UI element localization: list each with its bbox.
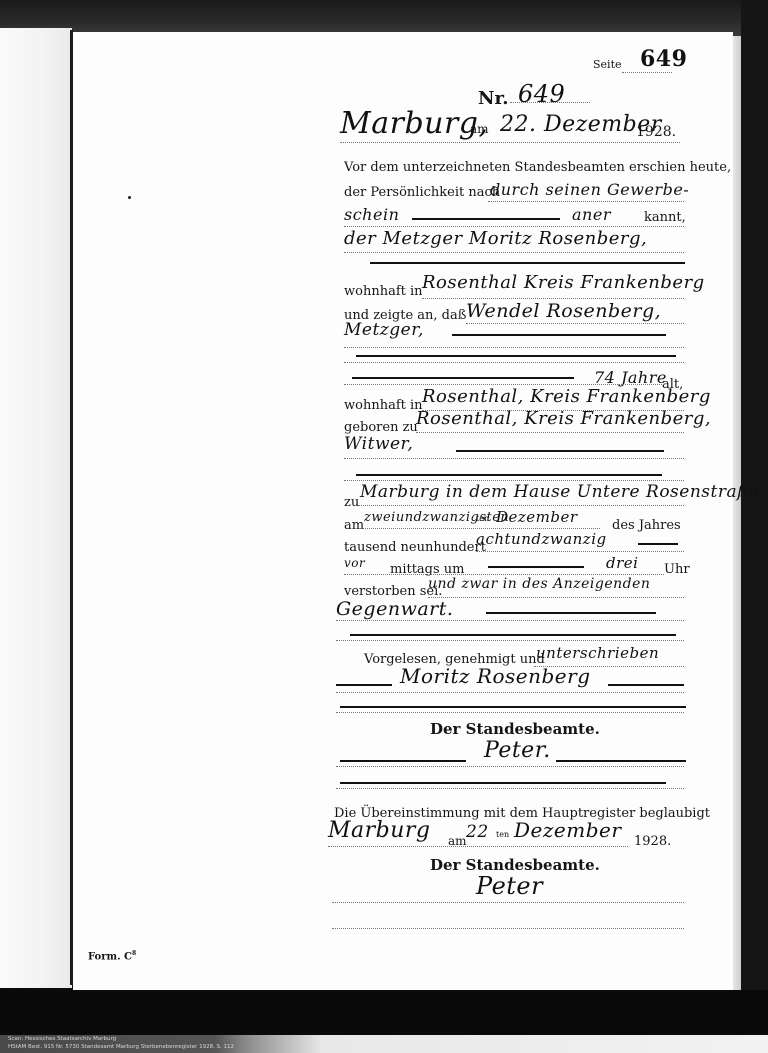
archive-caption-line-2: HStAM Best. 915 Nr. 5730 Standesamt Marb…: [8, 1043, 234, 1051]
dotted-line: [332, 928, 684, 929]
certification-day: 22: [466, 822, 489, 842]
year-label: des Jahres: [612, 518, 681, 533]
entry-number: 649: [518, 80, 565, 108]
dotted-line: [344, 362, 684, 363]
scan-bottom-border: [0, 990, 768, 1035]
form-label-sup: 8: [132, 950, 136, 957]
dotted-line: [344, 574, 664, 575]
deceased-name: Wendel Rosenberg,: [466, 300, 661, 322]
dotted-line: [336, 640, 684, 641]
registrar-title: Der Standesbeamte.: [430, 720, 600, 738]
death-year: achtundzwanzig: [476, 530, 607, 548]
marital-status: Witwer,: [344, 434, 413, 454]
dotted-line: [328, 846, 628, 847]
blank-rule: [350, 634, 676, 636]
registrar-signature: Peter.: [484, 738, 551, 763]
kannt-label: kannt,: [644, 210, 686, 225]
certification-ordinal: ten: [496, 830, 509, 839]
blank-rule: [340, 760, 466, 762]
date-line: [340, 142, 680, 143]
dotted-line: [336, 692, 684, 693]
year-prefix: tausend neunhundert: [344, 540, 486, 555]
dotted-line: [336, 788, 684, 789]
informant-residence-label: wohnhaft in: [344, 284, 423, 299]
informant-signature: Moritz Rosenberg: [400, 664, 591, 688]
dotted-line: [358, 505, 684, 506]
dotted-line: [344, 458, 684, 459]
dotted-line: [466, 323, 684, 324]
dotted-line: [416, 432, 684, 433]
blank-rule: [556, 760, 686, 762]
time-ante-post: vor: [344, 556, 365, 570]
identity-method: durch seinen Gewerbe-: [490, 180, 689, 199]
identity-label: der Persönlichkeit nach: [344, 185, 500, 200]
dotted-line: [336, 766, 684, 767]
ink-spot: [128, 196, 131, 199]
date-am-label: am: [470, 122, 489, 136]
dotted-line: [344, 480, 684, 481]
blank-rule: [452, 334, 666, 336]
dotted-line: [344, 347, 684, 348]
dotted-line: [428, 597, 684, 598]
death-month: Dezember: [496, 508, 578, 526]
form-label-text: Form. C: [88, 951, 132, 962]
dotted-line: [488, 201, 684, 202]
blank-rule: [488, 566, 584, 568]
scan-right-border: [741, 0, 768, 1030]
page-label: Seite: [593, 58, 622, 71]
blank-rule: [352, 377, 574, 379]
scan-top-border: [0, 0, 768, 36]
identity-method-aner: aner: [572, 205, 611, 224]
deceased-occupation: Metzger,: [344, 320, 424, 340]
facing-page-left: [0, 28, 72, 988]
archive-caption-line-1: Scan: Hessisches Staatsarchiv Marburg: [8, 1035, 234, 1043]
informant-name: der Metzger Moritz Rosenberg,: [344, 228, 647, 249]
page-number-line: [622, 72, 672, 73]
dotted-line: [336, 712, 684, 713]
blank-rule: [608, 684, 684, 686]
death-place: Marburg in dem Hause Untere Rosenstraße …: [360, 482, 768, 502]
page-stack-edge: [733, 36, 741, 1000]
presence-note-cont: Gegenwart.: [336, 598, 453, 620]
page-number: 649: [640, 46, 687, 72]
dotted-line: [332, 902, 684, 903]
blank-rule: [456, 450, 664, 452]
registrar-signature-2: Peter: [476, 872, 543, 900]
identity-method-cont: schein: [344, 205, 399, 224]
certification-month: Dezember: [514, 818, 621, 842]
registry-place: Marburg,: [340, 106, 489, 141]
deceased-birthplace: Rosenthal, Kreis Frankenberg,: [416, 408, 711, 429]
dotted-line: [344, 384, 664, 385]
informant-residence: Rosenthal Kreis Frankenberg: [422, 272, 705, 293]
dotted-line: [344, 226, 684, 227]
death-day-label: am: [344, 518, 364, 533]
death-hour: drei: [606, 554, 638, 572]
blank-rule: [370, 262, 685, 264]
blank-rule: [638, 543, 678, 545]
entry-number-line: [510, 102, 590, 103]
intro-line: Vor dem unterzeichneten Standesbeamten e…: [344, 160, 731, 175]
signed-note: unterschrieben: [536, 644, 659, 662]
blank-rule: [486, 612, 656, 614]
deceased-residence-label: wohnhaft in: [344, 398, 423, 413]
blank-rule: [412, 218, 560, 220]
blank-rule: [340, 782, 666, 784]
blank-rule: [356, 355, 676, 357]
dotted-line: [336, 620, 684, 621]
archive-caption: Scan: Hessisches Staatsarchiv Marburg HS…: [8, 1035, 234, 1051]
dotted-line: [360, 528, 600, 529]
blank-rule: [356, 474, 662, 476]
ordinal-suffix: ten: [476, 514, 489, 523]
blank-rule: [340, 706, 686, 708]
presence-note: und zwar in des Anzeigenden: [428, 576, 650, 592]
death-place-label: zu: [344, 495, 359, 510]
dotted-line: [476, 551, 684, 552]
registry-year: 1928.: [636, 124, 676, 140]
deceased-residence: Rosenthal, Kreis Frankenberg: [422, 386, 711, 407]
dotted-line: [344, 252, 684, 253]
certification-place: Marburg: [328, 818, 431, 843]
birthplace-label: geboren zu: [344, 420, 418, 435]
uhr-label: Uhr: [664, 562, 690, 577]
certification-year: 1928.: [634, 834, 671, 849]
blank-rule: [336, 684, 392, 686]
dotted-line: [422, 298, 684, 299]
form-label: Form. C8: [88, 950, 136, 962]
